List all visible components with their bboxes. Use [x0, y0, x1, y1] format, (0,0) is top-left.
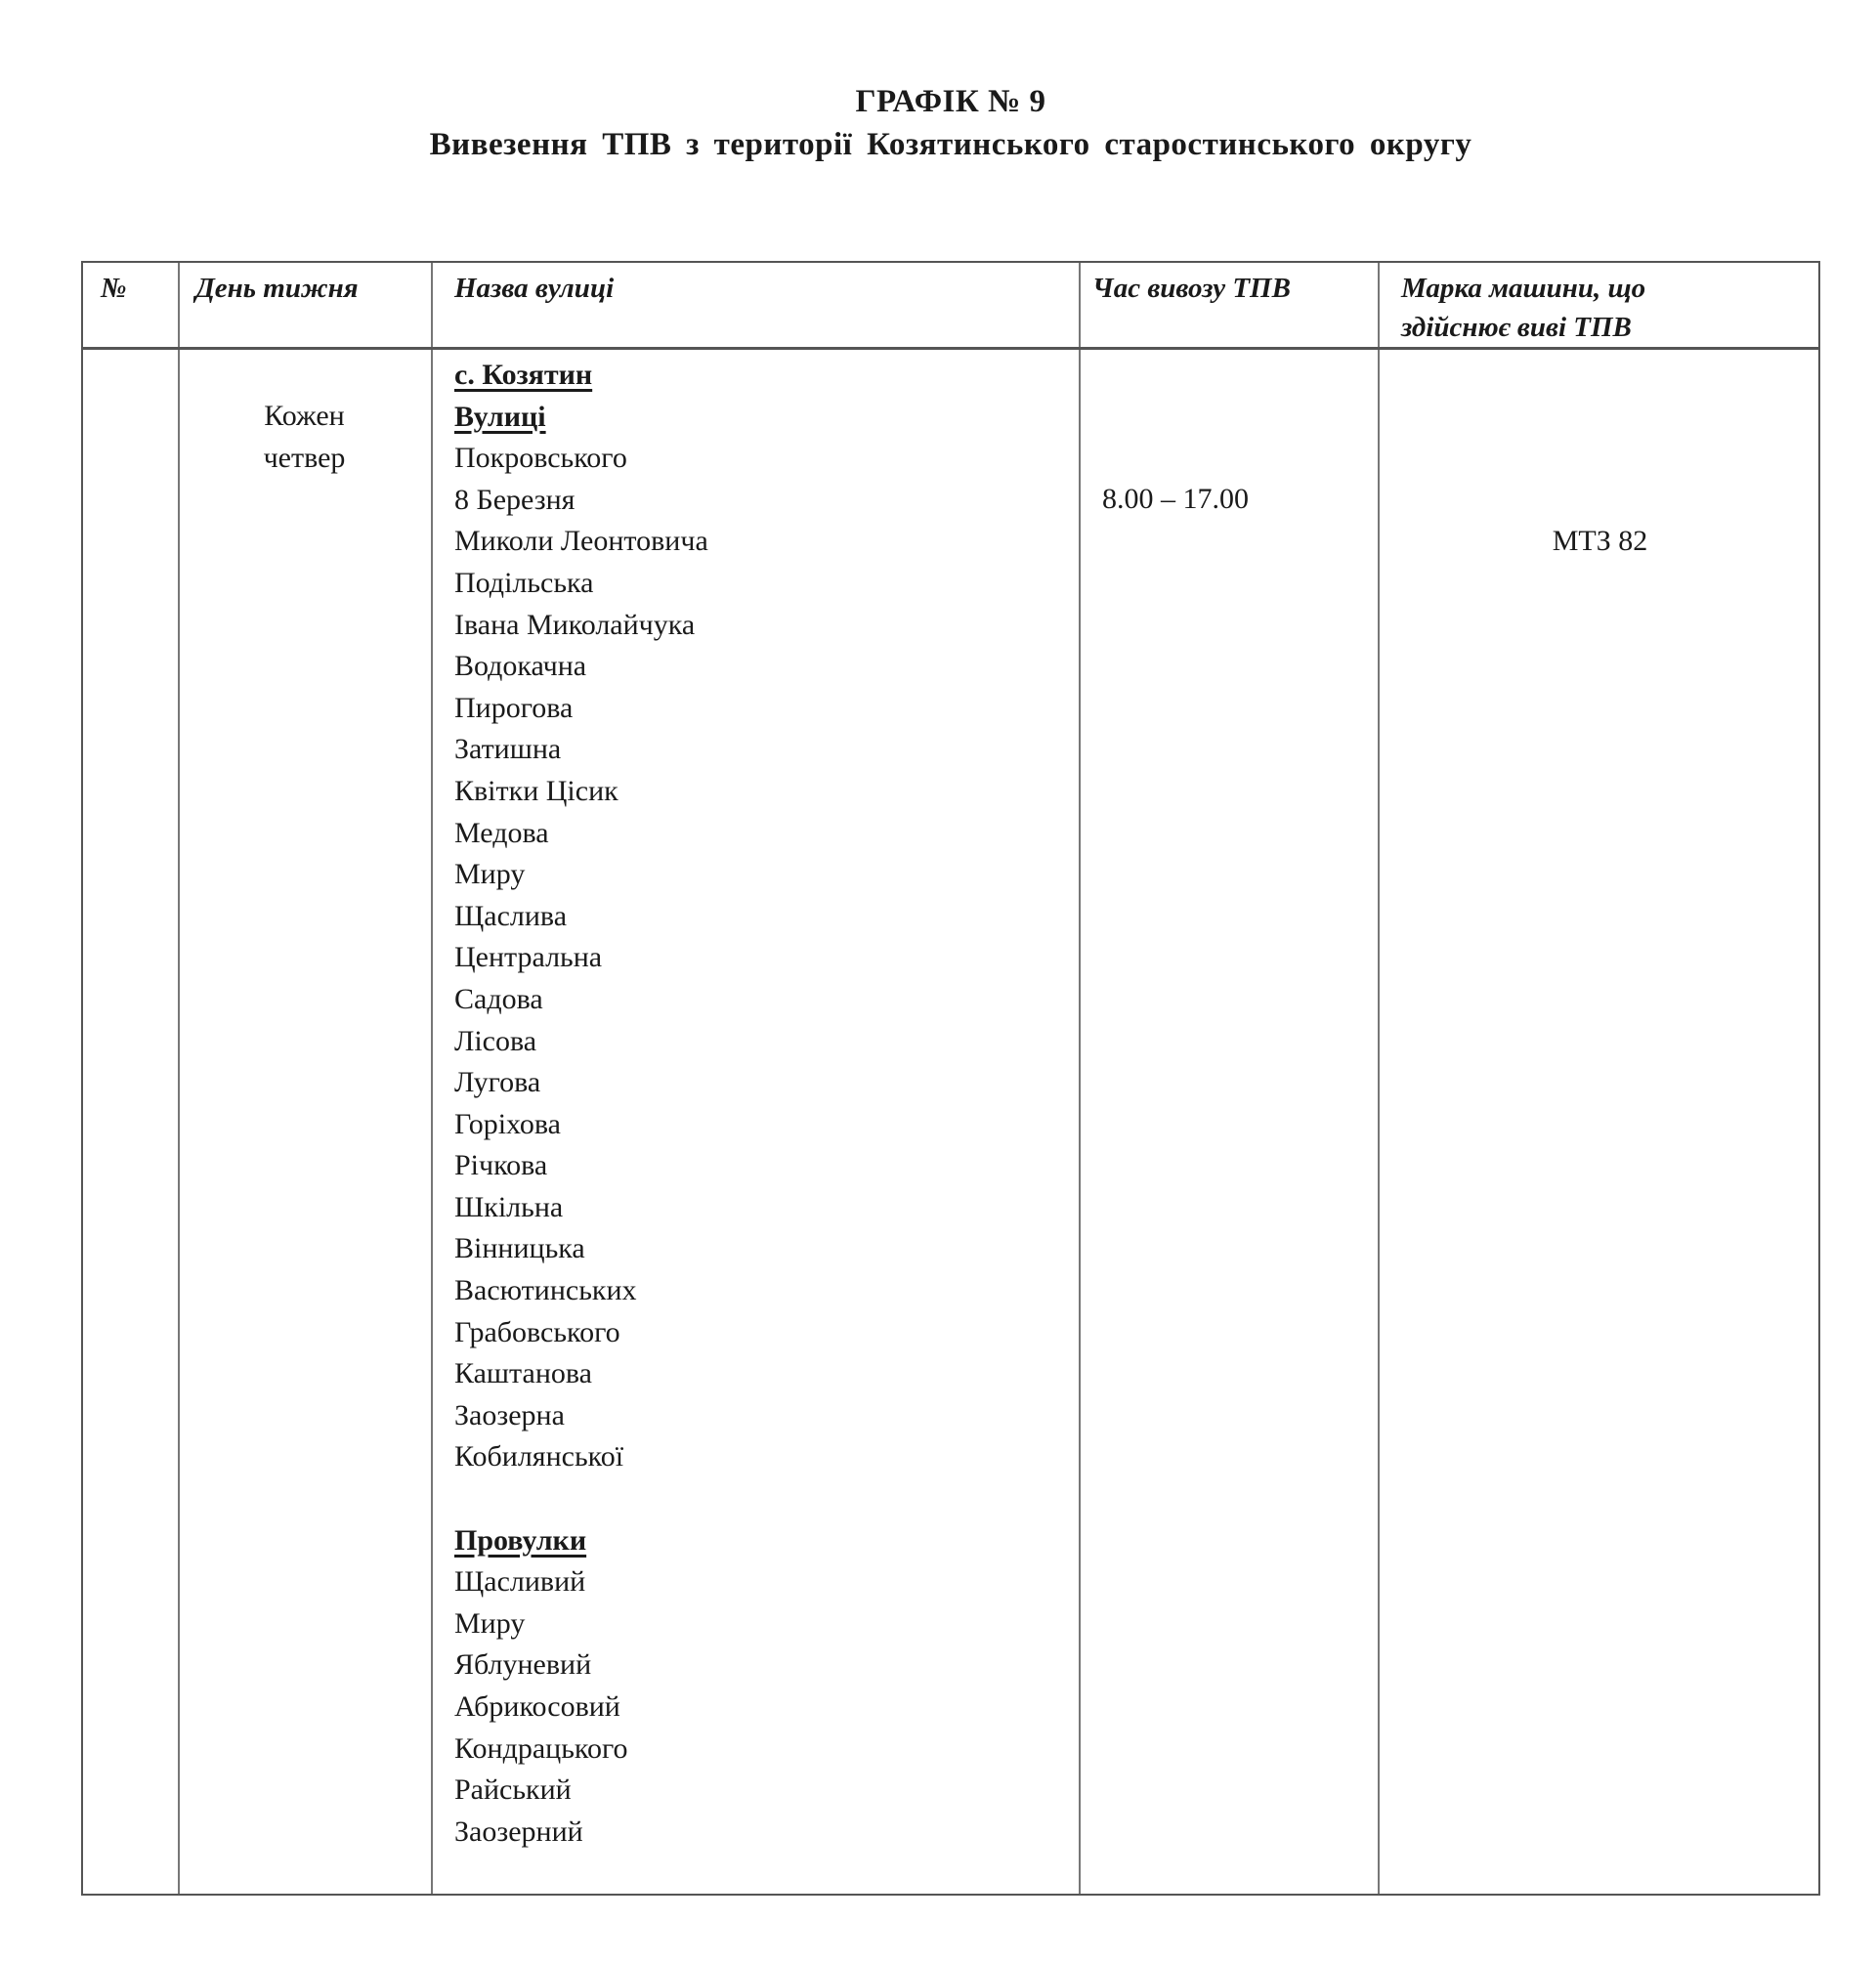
street-item: Вінницька: [454, 1228, 708, 1270]
collection-time: 8.00 – 17.00: [1102, 479, 1249, 521]
lane-item: Райський: [454, 1770, 708, 1812]
streets-list: Покровського8 БерезняМиколи ЛеонтовичаПо…: [454, 438, 708, 1478]
column-divider: [178, 263, 180, 1894]
collection-day-line1: Кожен: [178, 396, 431, 438]
street-item: Васютинських: [454, 1270, 708, 1312]
column-divider: [431, 263, 433, 1894]
street-item: Квітки Цісик: [454, 771, 708, 813]
street-item: Кобилянської: [454, 1436, 708, 1478]
header-time: Час вивозу ТПВ: [1092, 269, 1291, 308]
street-item: Горіхова: [454, 1104, 708, 1146]
street-list-cell: с. Козятин Вулиці Покровського8 БерезняМ…: [454, 355, 708, 1853]
spacer: [454, 1478, 708, 1520]
street-item: Миру: [454, 854, 708, 896]
header-street: Назва вулиці: [454, 269, 614, 308]
streets-heading: Вулиці: [454, 397, 708, 439]
lane-item: Абрикосовий: [454, 1686, 708, 1729]
collection-day-line2: четвер: [178, 438, 431, 480]
street-item: Подільська: [454, 563, 708, 605]
lanes-list: ЩасливийМируЯблуневийАбрикосовийКондраць…: [454, 1561, 708, 1853]
street-item: Покровського: [454, 438, 708, 480]
lane-item: Миру: [454, 1603, 708, 1645]
column-divider: [1378, 263, 1380, 1894]
lane-item: Кондрацького: [454, 1729, 708, 1771]
street-item: Садова: [454, 979, 708, 1021]
header-day: День тижня: [195, 269, 359, 308]
street-item: Лугова: [454, 1062, 708, 1104]
street-item: Заозерна: [454, 1395, 708, 1437]
schedule-table: № День тижня Назва вулиці Час вивозу ТПВ…: [81, 261, 1820, 1896]
street-item: Каштанова: [454, 1353, 708, 1395]
village-name: с. Козятин: [454, 355, 708, 397]
street-item: Центральна: [454, 937, 708, 979]
street-item: Івана Миколайчука: [454, 605, 708, 647]
document-title: ГРАФІК № 9: [0, 84, 1876, 120]
document-subtitle: Вивезення ТПВ з території Козятинського …: [0, 127, 1876, 163]
street-item: Медова: [454, 813, 708, 855]
lane-item: Яблуневий: [454, 1644, 708, 1686]
lane-item: Щасливий: [454, 1561, 708, 1603]
street-item: Річкова: [454, 1145, 708, 1187]
vehicle-model: МТЗ 82: [1378, 521, 1822, 563]
header-vehicle-line1: Марка машини, що: [1401, 269, 1645, 308]
lanes-heading: Провулки: [454, 1520, 708, 1562]
header-vehicle: Марка машини, що здійснює виві ТПВ: [1401, 269, 1645, 347]
street-item: Затишна: [454, 729, 708, 771]
collection-day: Кожен четвер: [178, 396, 431, 479]
street-item: Шкільна: [454, 1187, 708, 1229]
street-item: Пирогова: [454, 688, 708, 730]
street-item: Щаслива: [454, 896, 708, 938]
header-divider: [83, 347, 1818, 350]
street-item: Грабовського: [454, 1312, 708, 1354]
lane-item: Заозерний: [454, 1812, 708, 1854]
header-vehicle-line2: здійснює виві ТПВ: [1401, 308, 1645, 347]
header-number: №: [101, 269, 127, 308]
street-item: Водокачна: [454, 646, 708, 688]
street-item: Лісова: [454, 1021, 708, 1063]
column-divider: [1079, 263, 1081, 1894]
street-item: Миколи Леонтовича: [454, 521, 708, 563]
street-item: 8 Березня: [454, 480, 708, 522]
